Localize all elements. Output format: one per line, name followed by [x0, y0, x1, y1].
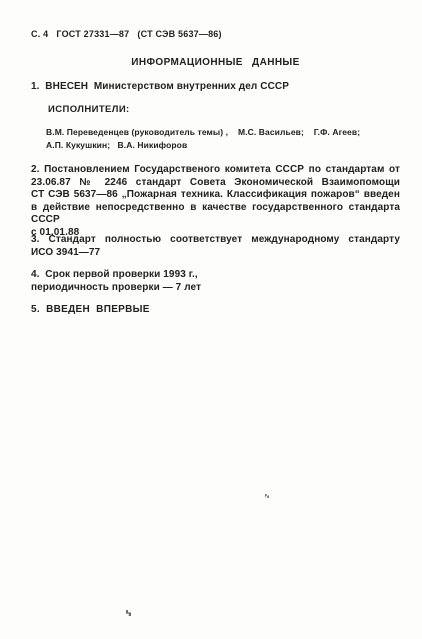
text-line: ИСО 3941—77 — [31, 247, 400, 260]
executors-line: А.П. Кукушкин; В.А. Никифоров — [46, 139, 391, 152]
document-page: С. 4 ГОСТ 27331—87 (СТ СЭВ 5637—86) ИНФО… — [0, 0, 422, 639]
page-header: С. 4 ГОСТ 27331—87 (СТ СЭВ 5637—86) — [31, 29, 391, 39]
text-line: 4. Срок первой проверки 1993 г., — [31, 269, 400, 282]
scan-artifact-speck — [126, 610, 131, 616]
text-line: 3. Стандарт полностью соответствует межд… — [31, 234, 400, 247]
text-line: 23.06.87 № 2246 стандарт Совета Экономич… — [31, 177, 400, 190]
clause-3: 3. Стандарт полностью соответствует межд… — [31, 234, 400, 259]
text-line: 2. Постановлением Государственого комите… — [31, 164, 400, 177]
scan-artifact-speck — [265, 494, 269, 498]
text-line: СТ СЭВ 5637—86 „Пожарная техника. Класси… — [31, 189, 400, 202]
executors-label: ИСПОЛНИТЕЛИ: — [48, 104, 388, 115]
executors-names: В.М. Переведенцев (руководитель темы) , … — [46, 126, 391, 151]
executors-line: В.М. Переведенцев (руководитель темы) , … — [46, 126, 391, 139]
clause-2: 2. Постановлением Государственого комите… — [31, 164, 400, 240]
clause-1: 1. ВНЕСЕН Министерством внутренних дел С… — [31, 81, 400, 92]
text-line: в действие непосредственно в качестве го… — [31, 202, 400, 227]
clause-4: 4. Срок первой проверки 1993 г., периоди… — [31, 269, 400, 294]
section-title: ИНФОРМАЦИОННЫЕ ДАННЫЕ — [31, 57, 400, 68]
clause-5: 5. ВВЕДЕН ВПЕРВЫЕ — [31, 304, 400, 315]
text-line: периодичность проверки — 7 лет — [31, 282, 400, 295]
